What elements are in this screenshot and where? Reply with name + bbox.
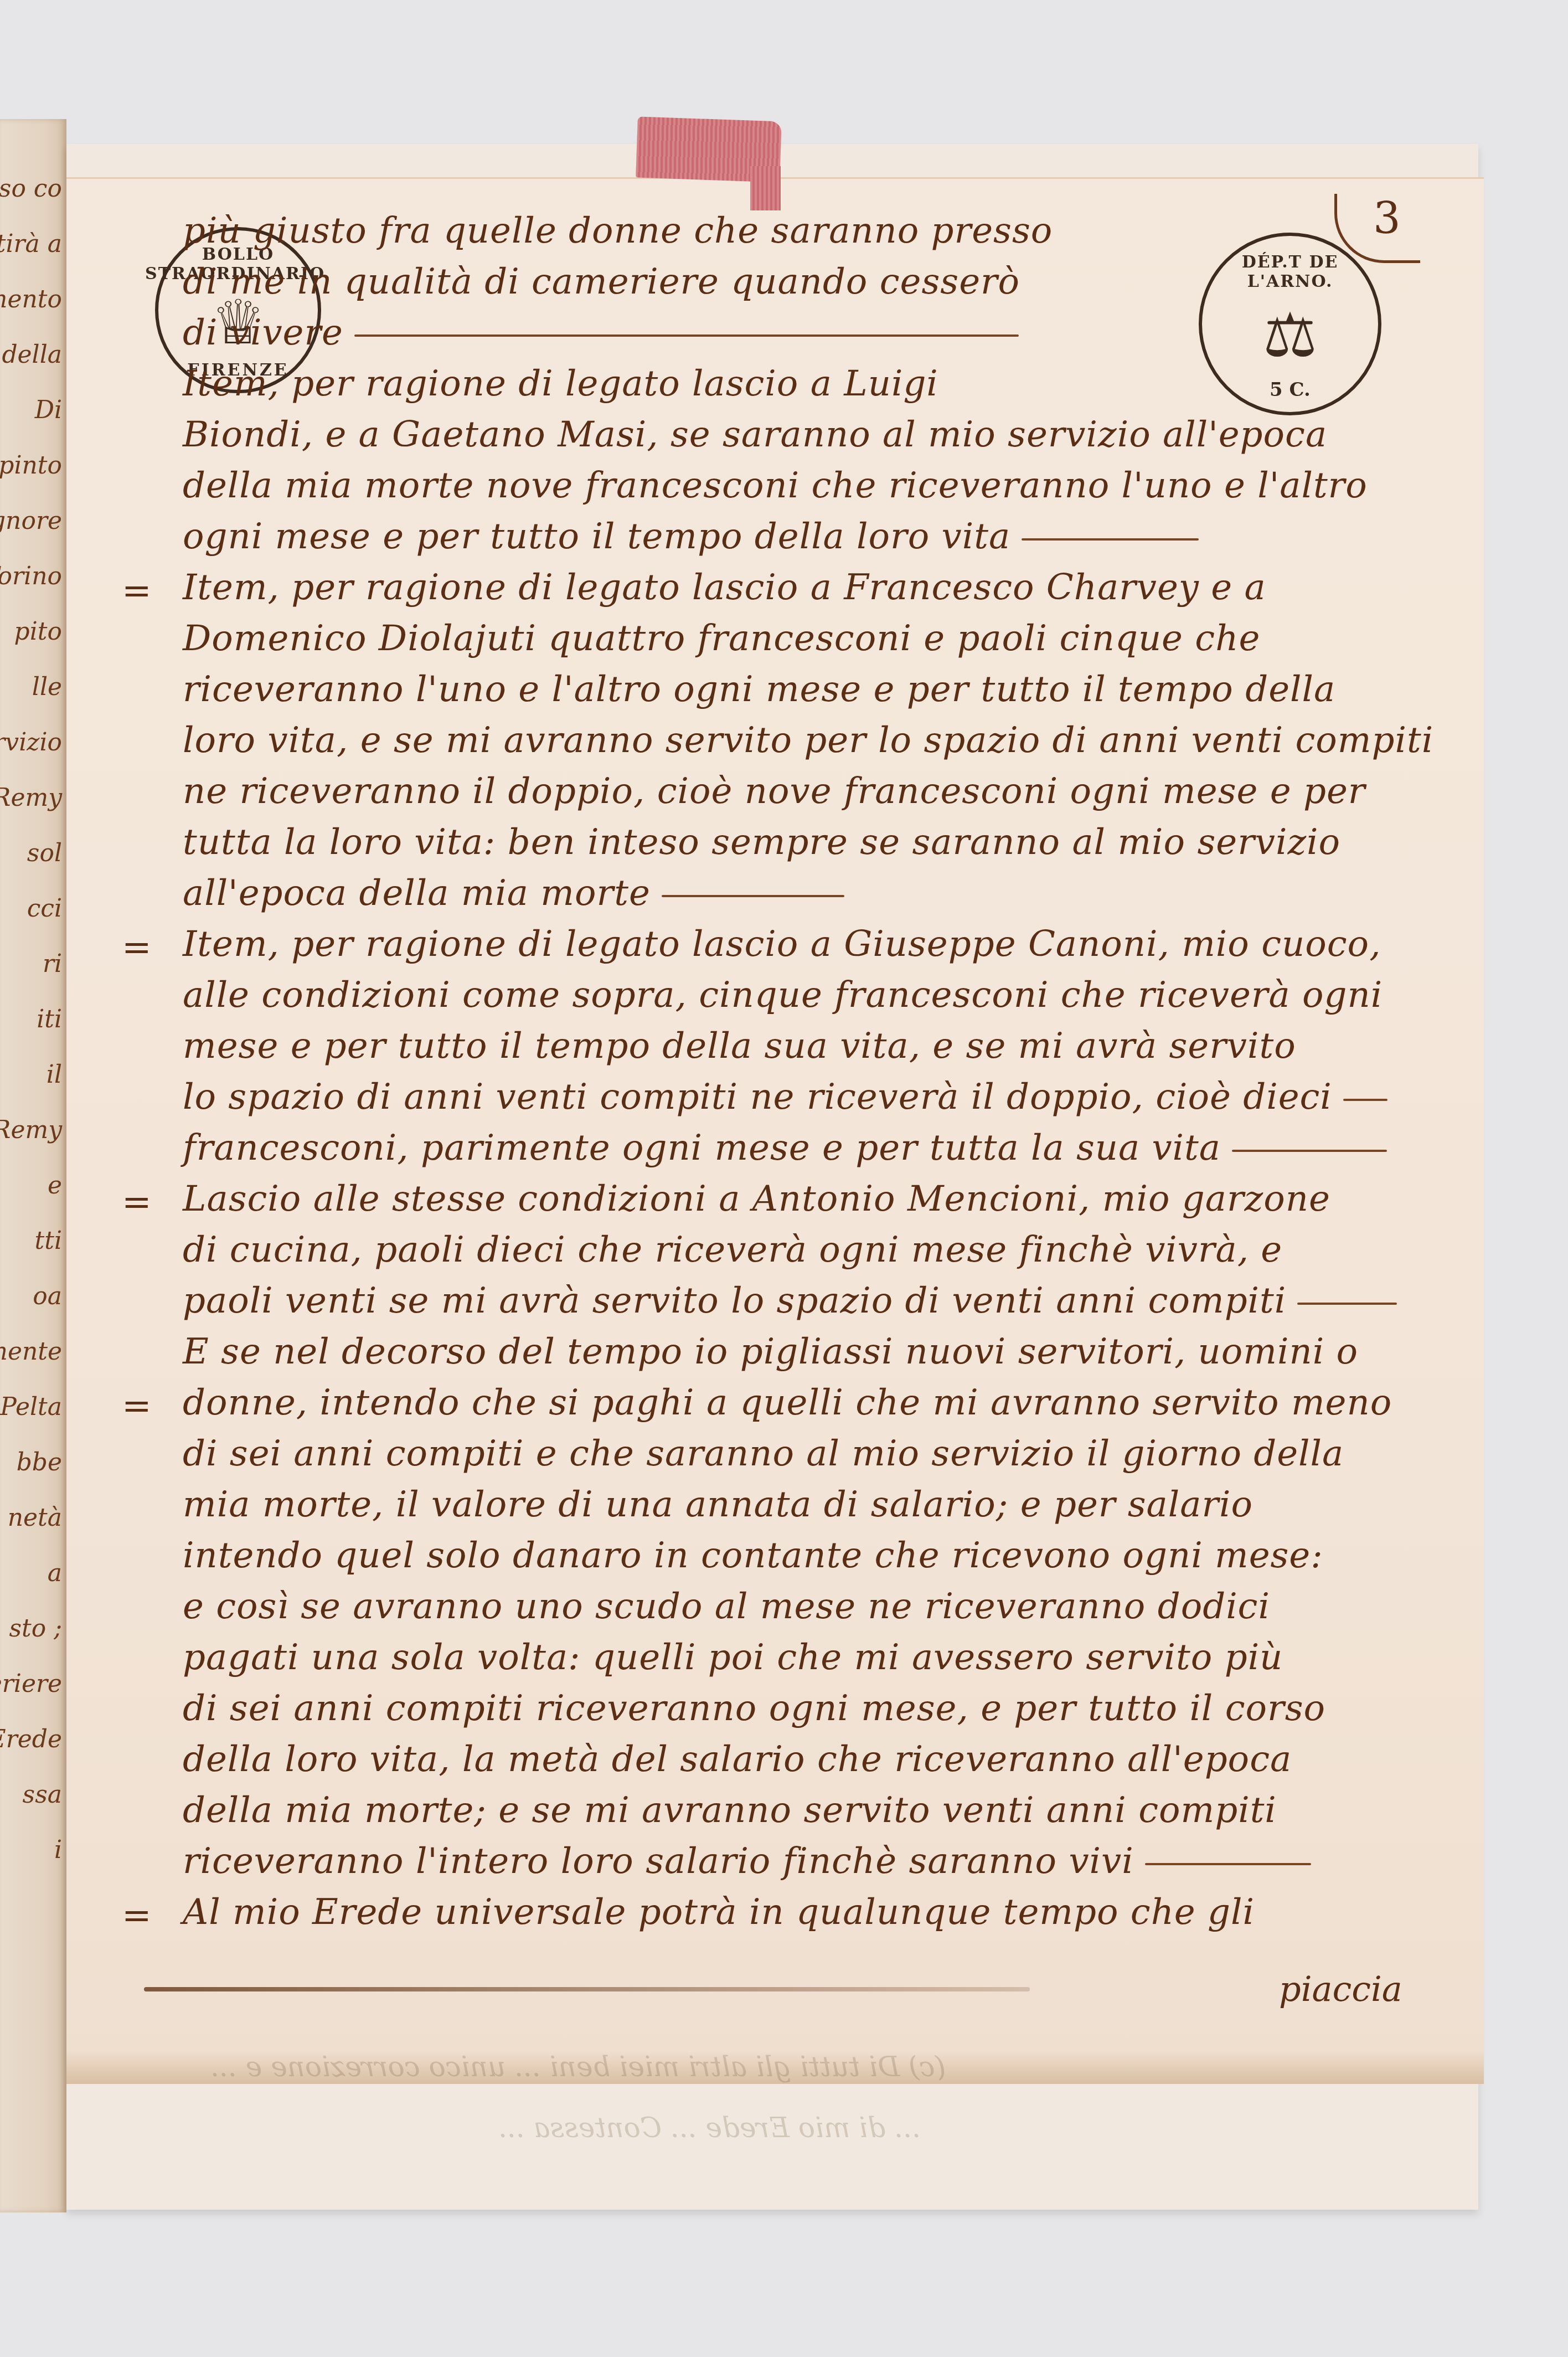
line-text: paoli venti se mi avrà servito lo spazio… (183, 1280, 1286, 1321)
manuscript-line: lo spazio di anni venti compiti ne ricev… (183, 1077, 1423, 1128)
left-page-fragment: ritirà a (0, 230, 62, 258)
manuscript-line: mia morte, il valore di una annata di sa… (183, 1484, 1423, 1535)
left-page-fragment: pito (14, 617, 62, 646)
line-text: Item, per ragione di legato lascio a Giu… (183, 924, 1381, 965)
line-text: di sei anni compiti e che saranno al mio… (183, 1433, 1344, 1474)
line-text: riceveranno l'intero loro salario finchè… (183, 1841, 1134, 1882)
line-text: E se nel decorso del tempo io pigliassi … (183, 1331, 1358, 1372)
line-text: di cucina, paoli dieci che riceverà ogni… (183, 1229, 1282, 1270)
left-page-fragment: Remy (0, 1116, 62, 1144)
left-page-fragment: ceso co (0, 174, 62, 203)
line-text: della mia morte nove francesconi che ric… (183, 465, 1368, 506)
left-page-fragment: a (48, 1559, 62, 1587)
line-text: loro vita, e se mi avranno servito per l… (183, 720, 1433, 761)
manuscript-line: E se nel decorso del tempo io pigliassi … (183, 1331, 1423, 1382)
left-page-fragment: ri (43, 950, 62, 978)
binding-ribbon-tail (750, 166, 781, 210)
left-page-fragment: servizio (0, 728, 62, 756)
line-filler-dash (354, 334, 1019, 337)
manuscript-line: ne riceveranno il doppio, cioè nove fran… (183, 771, 1423, 822)
manuscript-line: riceveranno l'uno e l'altro ogni mese e … (183, 669, 1423, 720)
line-text: e così se avranno uno scudo al mese ne r… (183, 1586, 1270, 1627)
left-page-fragment: Erede (0, 1725, 62, 1753)
left-page-fragment: ti momento (0, 285, 62, 313)
left-page-fragment: sol (27, 839, 62, 867)
left-page-fragment: cci (27, 894, 62, 923)
left-page-fragment: Pelta (0, 1393, 62, 1421)
left-page-fragment: lle (32, 673, 62, 701)
line-text: ne riceveranno il doppio, cioè nove fran… (183, 771, 1365, 812)
left-page-fragment: Torino (0, 562, 62, 590)
catchword: piaccia (1279, 1969, 1402, 2009)
line-text: mia morte, il valore di una annata di sa… (183, 1484, 1253, 1525)
paragraph-mark: = (122, 570, 152, 611)
line-text: all'epoca della mia morte (183, 873, 651, 914)
line-filler-dash (662, 895, 844, 897)
manuscript-line: e così se avranno uno scudo al mese ne r… (183, 1586, 1423, 1637)
manuscript-line: =Item, per ragione di legato lascio a Gi… (183, 924, 1423, 975)
left-page-fragment: il (47, 1061, 62, 1089)
left-page-fragment: amente (0, 1337, 62, 1366)
manuscript-line: pagati una sola volta: quelli poi che mi… (183, 1637, 1423, 1688)
manuscript-line: di vivere (183, 312, 1423, 363)
manuscript-line: =Al mio Erede universale potrà in qualun… (183, 1892, 1423, 1943)
manuscript-line: di sei anni compiti e che saranno al mio… (183, 1433, 1423, 1484)
paragraph-mark: = (122, 1895, 152, 1936)
manuscript-line: della mia morte; e se mi avranno servito… (183, 1790, 1423, 1841)
left-page-fragment: oa (33, 1282, 62, 1310)
manuscript-line: di cucina, paoli dieci che riceverà ogni… (183, 1229, 1423, 1280)
left-page-fragment: Di (35, 396, 62, 424)
left-page-fragment: Remy (0, 784, 62, 812)
left-page-fragment: bbe (17, 1448, 62, 1476)
manuscript-line: più giusto fra quelle donne che saranno … (183, 210, 1423, 261)
manuscript-text: più giusto fra quelle donne che saranno … (183, 210, 1423, 1943)
line-text: riceveranno l'uno e l'altro ogni mese e … (183, 669, 1335, 710)
line-filler-dash (1022, 538, 1199, 541)
line-text: Lascio alle stesse condizioni a Antonio … (183, 1179, 1330, 1219)
line-filler-dash (1232, 1150, 1387, 1152)
manuscript-line: tutta la loro vita: ben inteso sempre se… (183, 822, 1423, 873)
line-text: ogni mese e per tutto il tempo della lor… (183, 516, 1010, 557)
manuscript-line: ogni mese e per tutto il tempo della lor… (183, 516, 1423, 567)
facing-left-page: ceso coritirà ati momentoso dellaDipinto… (0, 119, 66, 2212)
manuscript-line: di me in qualità di cameriere quando ces… (183, 261, 1423, 312)
left-page-fragment: sto ; (9, 1614, 62, 1643)
manuscript-line: della loro vita, la metà del salario che… (183, 1739, 1423, 1790)
paragraph-mark: = (122, 1386, 152, 1427)
left-page-fragment: so della (0, 341, 62, 369)
line-text: mese e per tutto il tempo della sua vita… (183, 1026, 1296, 1067)
line-text: alle condizioni come sopra, cinque franc… (183, 975, 1383, 1016)
left-page-fragment: e (48, 1171, 62, 1200)
line-text: intendo quel solo danaro in contante che… (183, 1535, 1323, 1576)
manuscript-line: Domenico Diolajuti quattro francesconi e… (183, 618, 1423, 669)
line-filler-dash (1343, 1099, 1388, 1101)
line-filler-dash (1297, 1303, 1397, 1305)
line-text: Item, per ragione di legato lascio a Lui… (183, 363, 938, 404)
line-text: pagati una sola volta: quelli poi che mi… (183, 1637, 1283, 1678)
line-text: Biondi, e a Gaetano Masi, se saranno al … (183, 414, 1327, 455)
line-text: donne, intendo che si paghi a quelli che… (183, 1382, 1392, 1423)
left-page-fragment: iti (37, 1005, 62, 1033)
manuscript-line: alle condizioni come sopra, cinque franc… (183, 975, 1423, 1026)
line-text: francesconi, parimente ogni mese e per t… (183, 1128, 1221, 1169)
line-text: Domenico Diolajuti quattro francesconi e… (183, 618, 1260, 659)
left-page-fragment: meriere (0, 1670, 62, 1698)
line-text: tutta la loro vita: ben inteso sempre se… (183, 822, 1340, 863)
line-text: di vivere (183, 312, 343, 353)
left-page-fragment: ssa (23, 1780, 62, 1809)
line-text: Al mio Erede universale potrà in qualunq… (183, 1892, 1255, 1933)
left-page-fragment: tti (35, 1227, 62, 1255)
left-page-fragment: pinto (0, 451, 62, 480)
line-text: più giusto fra quelle donne che saranno … (183, 210, 1053, 251)
paragraph-mark: = (122, 1182, 152, 1223)
line-text: di me in qualità di cameriere quando ces… (183, 261, 1020, 302)
manuscript-line: =Lascio alle stesse condizioni a Antonio… (183, 1179, 1423, 1229)
manuscript-line: riceveranno l'intero loro salario finchè… (183, 1841, 1423, 1892)
bleed-through-text: ... di mio Erede ... Contessa ... (498, 2112, 921, 2144)
line-text: della mia morte; e se mi avranno servito… (183, 1790, 1277, 1831)
manuscript-line: della mia morte nove francesconi che ric… (183, 465, 1423, 516)
bleed-through-text: (c) Di tutti gli altri miei beni ... uni… (210, 2051, 946, 2083)
manuscript-line: Biondi, e a Gaetano Masi, se saranno al … (183, 414, 1423, 465)
paragraph-mark: = (122, 927, 152, 968)
manuscript-line: all'epoca della mia morte (183, 873, 1423, 924)
manuscript-line: Item, per ragione di legato lascio a Lui… (183, 363, 1423, 414)
line-filler-dash (1145, 1863, 1311, 1865)
manuscript-line: mese e per tutto il tempo della sua vita… (183, 1026, 1423, 1077)
manuscript-line: intendo quel solo danaro in contante che… (183, 1535, 1423, 1586)
manuscript-line: =Item, per ragione di legato lascio a Fr… (183, 567, 1423, 618)
line-text: di sei anni compiti riceveranno ogni mes… (183, 1688, 1325, 1729)
line-text: della loro vita, la metà del salario che… (183, 1739, 1292, 1780)
manuscript-line: loro vita, e se mi avranno servito per l… (183, 720, 1423, 771)
line-text: lo spazio di anni venti compiti ne ricev… (183, 1077, 1332, 1118)
manuscript-line: paoli venti se mi avrà servito lo spazio… (183, 1280, 1423, 1331)
left-page-fragment: netà (8, 1504, 62, 1532)
line-text: Item, per ragione di legato lascio a Fra… (183, 567, 1266, 608)
left-page-fragment: i (54, 1836, 62, 1864)
manuscript-line: =donne, intendo che si paghi a quelli ch… (183, 1382, 1423, 1433)
closing-rule (144, 1987, 1030, 1991)
manuscript-line: francesconi, parimente ogni mese e per t… (183, 1128, 1423, 1179)
left-page-fragment: ignore (0, 507, 62, 535)
manuscript-line: di sei anni compiti riceveranno ogni mes… (183, 1688, 1423, 1739)
